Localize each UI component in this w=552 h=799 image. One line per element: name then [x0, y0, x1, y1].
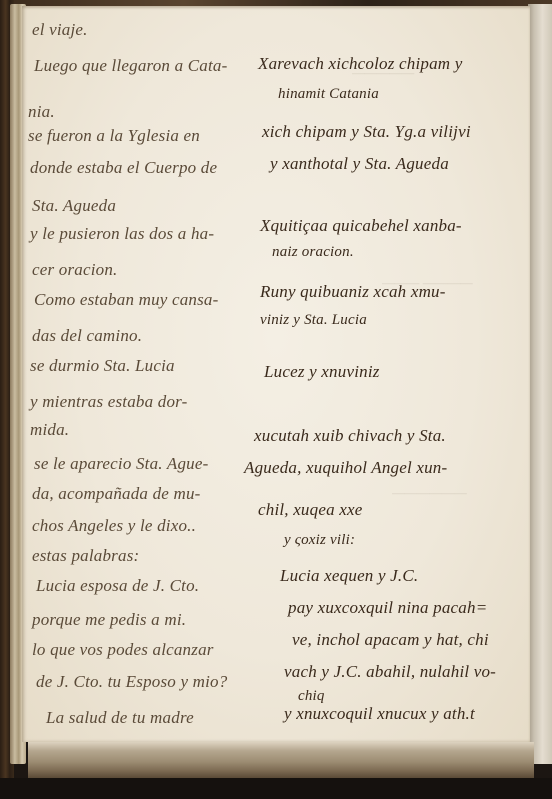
kiche-line: naiz oracion. [272, 244, 354, 261]
spanish-line: mida. [30, 420, 69, 440]
kiche-line: y xnuxcoquil xnucux y ath.t [284, 704, 475, 724]
kiche-line: chiq [298, 688, 325, 705]
kiche-line: hinamit Catania [278, 86, 379, 103]
spanish-line: y le pusieron las dos a ha- [30, 224, 214, 244]
spanish-line: chos Angeles y le dixo.. [32, 516, 196, 536]
spanish-line: de J. Cto. tu Esposo y mio? [36, 672, 227, 692]
ink-bleed: —————— [392, 486, 467, 502]
spanish-line: porque me pedis a mi. [32, 610, 186, 630]
spanish-line: Sta. Agueda [32, 196, 116, 216]
manuscript-page: ————— ———— ——— —————— el viaje. Luego qu… [22, 6, 530, 742]
kiche-line: Agueda, xuquihol Angel xun- [244, 458, 447, 478]
kiche-line: Runy quibuaniz xcah xmu- [260, 282, 446, 302]
spanish-line: se fueron a la Yglesia en [28, 126, 200, 146]
spanish-line: nia. [28, 102, 55, 122]
spanish-line: da, acompañada de mu- [32, 484, 201, 504]
page-edges-right [528, 4, 552, 764]
spanish-line: Como estaban muy cansa- [34, 290, 219, 310]
kiche-line: chil, xuqea xxe [258, 500, 362, 520]
spanish-line: Lucia esposa de J. Cto. [36, 576, 199, 596]
spanish-line: el viaje. [32, 20, 88, 40]
kiche-line: viniz y Sta. Lucia [260, 312, 367, 329]
spanish-line: se le aparecio Sta. Ague- [34, 454, 209, 474]
kiche-line: y xanthotal y Sta. Agueda [270, 154, 449, 174]
spanish-line: lo que vos podes alcanzar [32, 640, 214, 660]
page-edges-bottom [28, 742, 534, 780]
spanish-line: das del camino. [32, 326, 142, 346]
spanish-line: cer oracion. [32, 260, 118, 280]
kiche-line: vach y J.C. abahil, nulahil vo- [284, 662, 496, 682]
spanish-line: donde estaba el Cuerpo de [30, 158, 217, 178]
spanish-line: Luego que llegaron a Cata- [34, 56, 227, 76]
kiche-line: y ςoxiz vili: [284, 532, 355, 549]
spanish-line: La salud de tu madre [46, 708, 194, 728]
kiche-line: xucutah xuib chivach y Sta. [254, 426, 446, 446]
kiche-line: ve, inchol apacam y hat, chi [292, 630, 489, 650]
kiche-line: Xarevach xichcoloz chipam y [258, 54, 462, 74]
scan-background [0, 778, 552, 799]
spanish-line: se durmio Sta. Lucia [30, 356, 175, 376]
kiche-line: Lucia xequen y J.C. [280, 566, 418, 586]
spanish-line: y mientras estaba dor- [30, 392, 188, 412]
kiche-line: Xquitiçaa quicabehel xanba- [260, 216, 462, 236]
kiche-line: pay xuxcoxquil nina pacah= [288, 598, 487, 618]
spanish-line: estas palabras: [32, 546, 139, 566]
kiche-line: Lucez y xnuviniz [264, 362, 380, 382]
kiche-line: xich chipam y Sta. Yg.a vilijvi [262, 122, 471, 142]
